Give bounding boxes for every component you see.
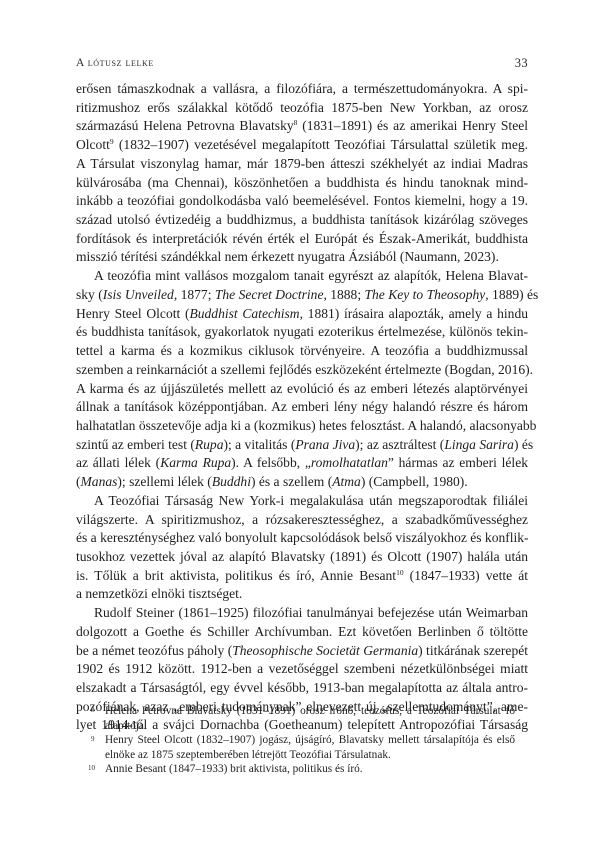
book-page: A lótusz lelke 33 erősen támaszkodnak a … bbox=[0, 0, 600, 859]
text-line: halhatatlan összetevője adja ki a (kozmi… bbox=[76, 417, 528, 436]
text-run: (1847–1933) vette át bbox=[404, 568, 528, 583]
running-title: A lótusz lelke bbox=[76, 57, 154, 69]
text-line: erősen támaszkodnak a vallásra, a filozó… bbox=[76, 80, 528, 99]
text-run: Olcott bbox=[76, 137, 110, 152]
text-run: Henry Steel Olcott ( bbox=[76, 306, 189, 321]
text-run: és a kereszténységhez való bonyolult kap… bbox=[76, 530, 529, 545]
text-line: A teozófia mint vallásos mozgalom tanait… bbox=[76, 267, 528, 286]
text-run: ” hármas az emberi lélek bbox=[388, 455, 528, 470]
text-run: az állati lélek ( bbox=[76, 455, 160, 470]
text-run: ); az asztráltest ( bbox=[355, 437, 444, 452]
text-line: tusokhoz vezettek jóval az alapító Blava… bbox=[76, 548, 528, 567]
text-line: (Manas); szellemi lélek (Buddhi) és a sz… bbox=[76, 473, 528, 492]
text-run: ); a vitalitás ( bbox=[223, 437, 295, 452]
text-line: külvárosába (ma Chennai), köszönhetően a… bbox=[76, 174, 528, 193]
text-line: állnak a tanítások középpontjában. Az em… bbox=[76, 398, 528, 417]
text-run: (1831–1891) és az amerikai Henry Steel bbox=[297, 118, 528, 133]
text-line: század utolsó évtizedéig a buddhizmus, a… bbox=[76, 211, 528, 230]
text-line: Olcott9 (1832–1907) vezetésével megalapí… bbox=[76, 136, 528, 155]
text-run: 1902 és 1912 között. 1912-ben a vezetősé… bbox=[76, 661, 528, 676]
footnote-number: 10 bbox=[88, 762, 100, 774]
footnote-text: Helena Petrovna Blavatsky (1831–1891) or… bbox=[105, 704, 515, 719]
text-line: az állati lélek (Karma Rupa). A felsőbb,… bbox=[76, 454, 528, 473]
text-line: inkább a teozófiai gondolkodásba való be… bbox=[76, 192, 528, 211]
text-line: 1902 és 1912 között. 1912-ben a vezetősé… bbox=[76, 660, 528, 679]
text-line: Henry Steel Olcott (Buddhist Catechism, … bbox=[76, 305, 528, 324]
text-run: , 1877; bbox=[174, 287, 215, 302]
text-line: a nemzetközi elnöki tisztséget. bbox=[76, 585, 528, 604]
text-run: , 1881) írásaira alapozták, amely a hind… bbox=[300, 306, 528, 321]
text-line: Rudolf Steiner (1861–1925) filozófiai ta… bbox=[76, 604, 528, 623]
text-run: dolgozott a Goethe és Schiller Archívumb… bbox=[76, 624, 528, 639]
text-run: szemben a reinkarnációt a szellemi fejlő… bbox=[76, 362, 533, 377]
text-line: ritizmushoz erős szálakkal kötődő teozóf… bbox=[76, 99, 528, 118]
text-run: Rudolf Steiner (1861–1925) filozófiai ta… bbox=[94, 605, 528, 620]
text-line: világszerte. A spiritizmushoz, a rózsake… bbox=[76, 511, 528, 530]
body-text: erősen támaszkodnak a vallásra, a filozó… bbox=[76, 80, 528, 735]
footnote-text: elnöke az 1875 szeptemberében létrejött … bbox=[105, 748, 515, 763]
text-line: A Társulat viszonylag hamar, már 1879-be… bbox=[76, 155, 528, 174]
text-run: sky ( bbox=[76, 287, 103, 302]
text-line: is. Tőlük a brit aktivista, politikus és… bbox=[76, 567, 528, 586]
text-run: A teozófia mint vallásos mozgalom tanait… bbox=[94, 268, 528, 283]
footnote-text: alapítója. bbox=[105, 719, 515, 734]
text-run: külvárosába (ma Chennai), köszönhetően a… bbox=[76, 175, 528, 190]
text-run: be a német teozófus páholy ( bbox=[76, 643, 232, 658]
italic-title: Rupa bbox=[195, 437, 224, 452]
footnotes: 8Helena Petrovna Blavatsky (1831–1891) o… bbox=[91, 704, 515, 777]
text-run: inkább a teozófiai gondolkodásba való be… bbox=[76, 193, 528, 208]
footnote-10: 10Annie Besant (1847–1933) brit aktivist… bbox=[91, 762, 515, 777]
text-line: A karma és az újjászületés mellett az ev… bbox=[76, 380, 528, 399]
italic-title: Isis Unveiled bbox=[103, 287, 174, 302]
italic-title: Prana Jiva bbox=[295, 437, 355, 452]
text-run: fordítások és interpretációk révén érték… bbox=[76, 231, 528, 246]
text-run: állnak a tanítások középpontjában. Az em… bbox=[76, 399, 528, 414]
italic-title: Buddhi bbox=[212, 474, 251, 489]
italic-title: The Key to Theosophy bbox=[364, 287, 485, 302]
footnote-number: 8 bbox=[91, 704, 103, 716]
text-run: A Teozófiai Társaság New York-i megalaku… bbox=[94, 493, 528, 508]
text-run: tusokhoz vezettek jóval az alapító Blava… bbox=[76, 549, 528, 564]
text-run: ) és a szellem ( bbox=[251, 474, 332, 489]
footnote-9: 9Henry Steel Olcott (1832–1907) jogász, … bbox=[91, 733, 515, 762]
italic-title: Theosophische Societät Germania bbox=[232, 643, 418, 658]
text-run: is. Tőlük a brit aktivista, politikus és… bbox=[76, 568, 396, 583]
text-run: ); szellemi lélek ( bbox=[117, 474, 211, 489]
text-line: és a kereszténységhez való bonyolult kap… bbox=[76, 529, 528, 548]
text-run: a nemzetközi elnöki tisztséget. bbox=[76, 586, 242, 601]
text-line: szintű az emberi test (Rupa); a vitalitá… bbox=[76, 436, 528, 455]
text-run: század utolsó évtizedéig a buddhizmus, a… bbox=[76, 212, 528, 227]
text-line: tettel a karma és a kozmikus ciklusok tö… bbox=[76, 342, 528, 361]
footnote-reference[interactable]: 10 bbox=[396, 568, 404, 577]
text-run: szintű az emberi test ( bbox=[76, 437, 195, 452]
text-run: erősen támaszkodnak a vallásra, a filozó… bbox=[76, 81, 528, 96]
italic-title: Manas bbox=[81, 474, 118, 489]
footnote-8: 8Helena Petrovna Blavatsky (1831–1891) o… bbox=[91, 704, 515, 733]
text-run: és buddhista tanítások, gyakorlatok nyug… bbox=[76, 324, 528, 339]
text-run: származású Helena Petrovna Blavatsky bbox=[76, 118, 294, 133]
text-run: A karma és az újjászületés mellett az ev… bbox=[76, 381, 528, 396]
page-number: 33 bbox=[515, 56, 528, 71]
italic-title: Atma bbox=[332, 474, 361, 489]
footnote-number: 9 bbox=[91, 733, 103, 745]
text-run: tettel a karma és a kozmikus ciklusok tö… bbox=[76, 343, 528, 358]
text-line: sky (Isis Unveiled, 1877; The Secret Doc… bbox=[76, 286, 528, 305]
footnote-text: Annie Besant (1847–1933) brit aktivista,… bbox=[105, 762, 515, 777]
text-run: (1832–1907) vezetésével megalapított Teo… bbox=[114, 137, 528, 152]
text-run: , 1888; bbox=[323, 287, 364, 302]
text-run: ) titkárának szerepét bbox=[418, 643, 528, 658]
text-run: halhatatlan összetevője adja ki a (kozmi… bbox=[76, 418, 536, 433]
italic-title: Buddhist Catechism bbox=[189, 306, 299, 321]
running-header: A lótusz lelke 33 bbox=[76, 57, 528, 73]
text-line: misszió térítési szándékkal nem érkezett… bbox=[76, 248, 528, 267]
text-line: származású Helena Petrovna Blavatsky8 (1… bbox=[76, 117, 528, 136]
footnote-text: Henry Steel Olcott (1832–1907) jogász, ú… bbox=[105, 733, 515, 748]
text-run: A Társulat viszonylag hamar, már 1879-be… bbox=[76, 156, 528, 171]
text-run: elszakadt a Társaságtól, egy évvel későb… bbox=[76, 680, 528, 695]
text-run: misszió térítési szándékkal nem érkezett… bbox=[76, 249, 499, 264]
text-line: szemben a reinkarnációt a szellemi fejlő… bbox=[76, 361, 528, 380]
text-line: elszakadt a Társaságtól, egy évvel későb… bbox=[76, 679, 528, 698]
text-line: A Teozófiai Társaság New York-i megalaku… bbox=[76, 492, 528, 511]
italic-title: Linga Sarira bbox=[444, 437, 514, 452]
text-line: be a német teozófus páholy (Theosophisch… bbox=[76, 642, 528, 661]
text-run: ) (Campbell, 1980). bbox=[361, 474, 468, 489]
text-run: ). A felsőbb, „ bbox=[231, 455, 311, 470]
text-run: ritizmushoz erős szálakkal kötődő teozóf… bbox=[76, 100, 528, 115]
italic-title: The Secret Doctrine bbox=[215, 287, 324, 302]
italic-title: romolhatatlan bbox=[311, 455, 388, 470]
text-run: ) és bbox=[514, 437, 533, 452]
text-line: dolgozott a Goethe és Schiller Archívumb… bbox=[76, 623, 528, 642]
text-run: , 1889) és bbox=[485, 287, 538, 302]
text-run: világszerte. A spiritizmushoz, a rózsake… bbox=[76, 512, 528, 527]
text-line: fordítások és interpretációk révén érték… bbox=[76, 230, 528, 249]
text-line: és buddhista tanítások, gyakorlatok nyug… bbox=[76, 323, 528, 342]
italic-title: Karma Rupa bbox=[160, 455, 231, 470]
